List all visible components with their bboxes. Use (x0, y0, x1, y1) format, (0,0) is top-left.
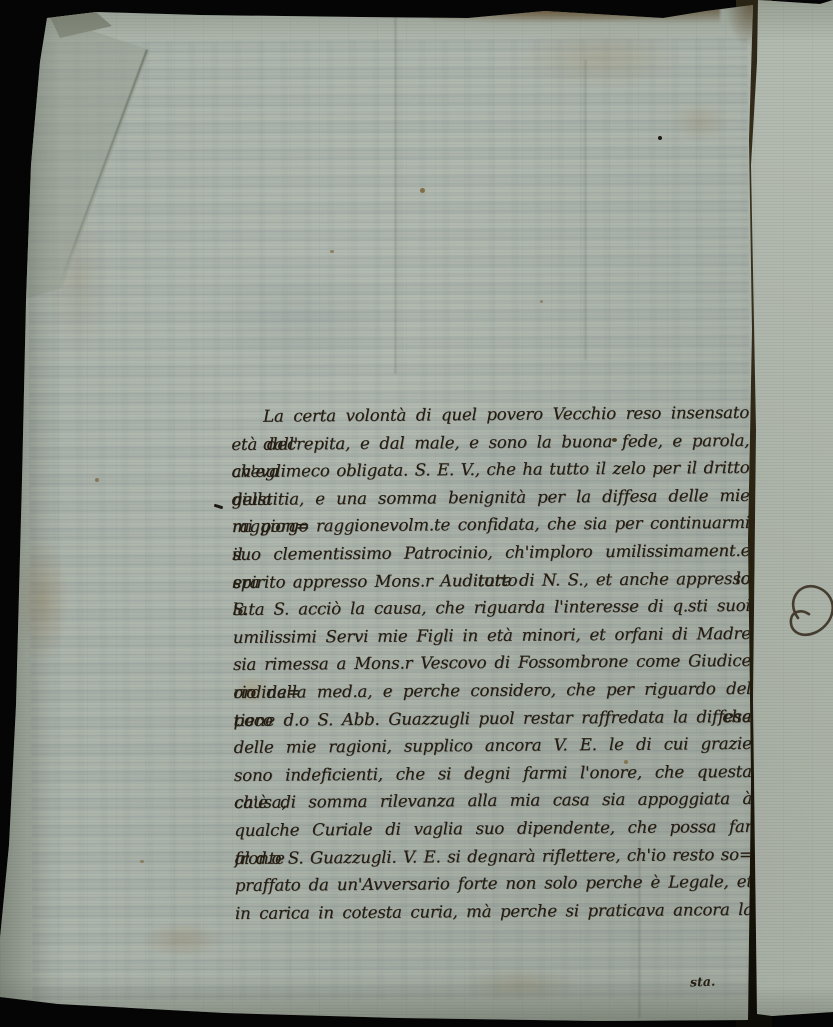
manuscript-photo: La certa volontà di quel povero Vecchio … (0, 0, 833, 1027)
pen-flourish-icon (770, 575, 833, 671)
edge-shading (0, 0, 833, 1027)
manuscript-page: La certa volontà di quel povero Vecchio … (0, 0, 833, 1027)
